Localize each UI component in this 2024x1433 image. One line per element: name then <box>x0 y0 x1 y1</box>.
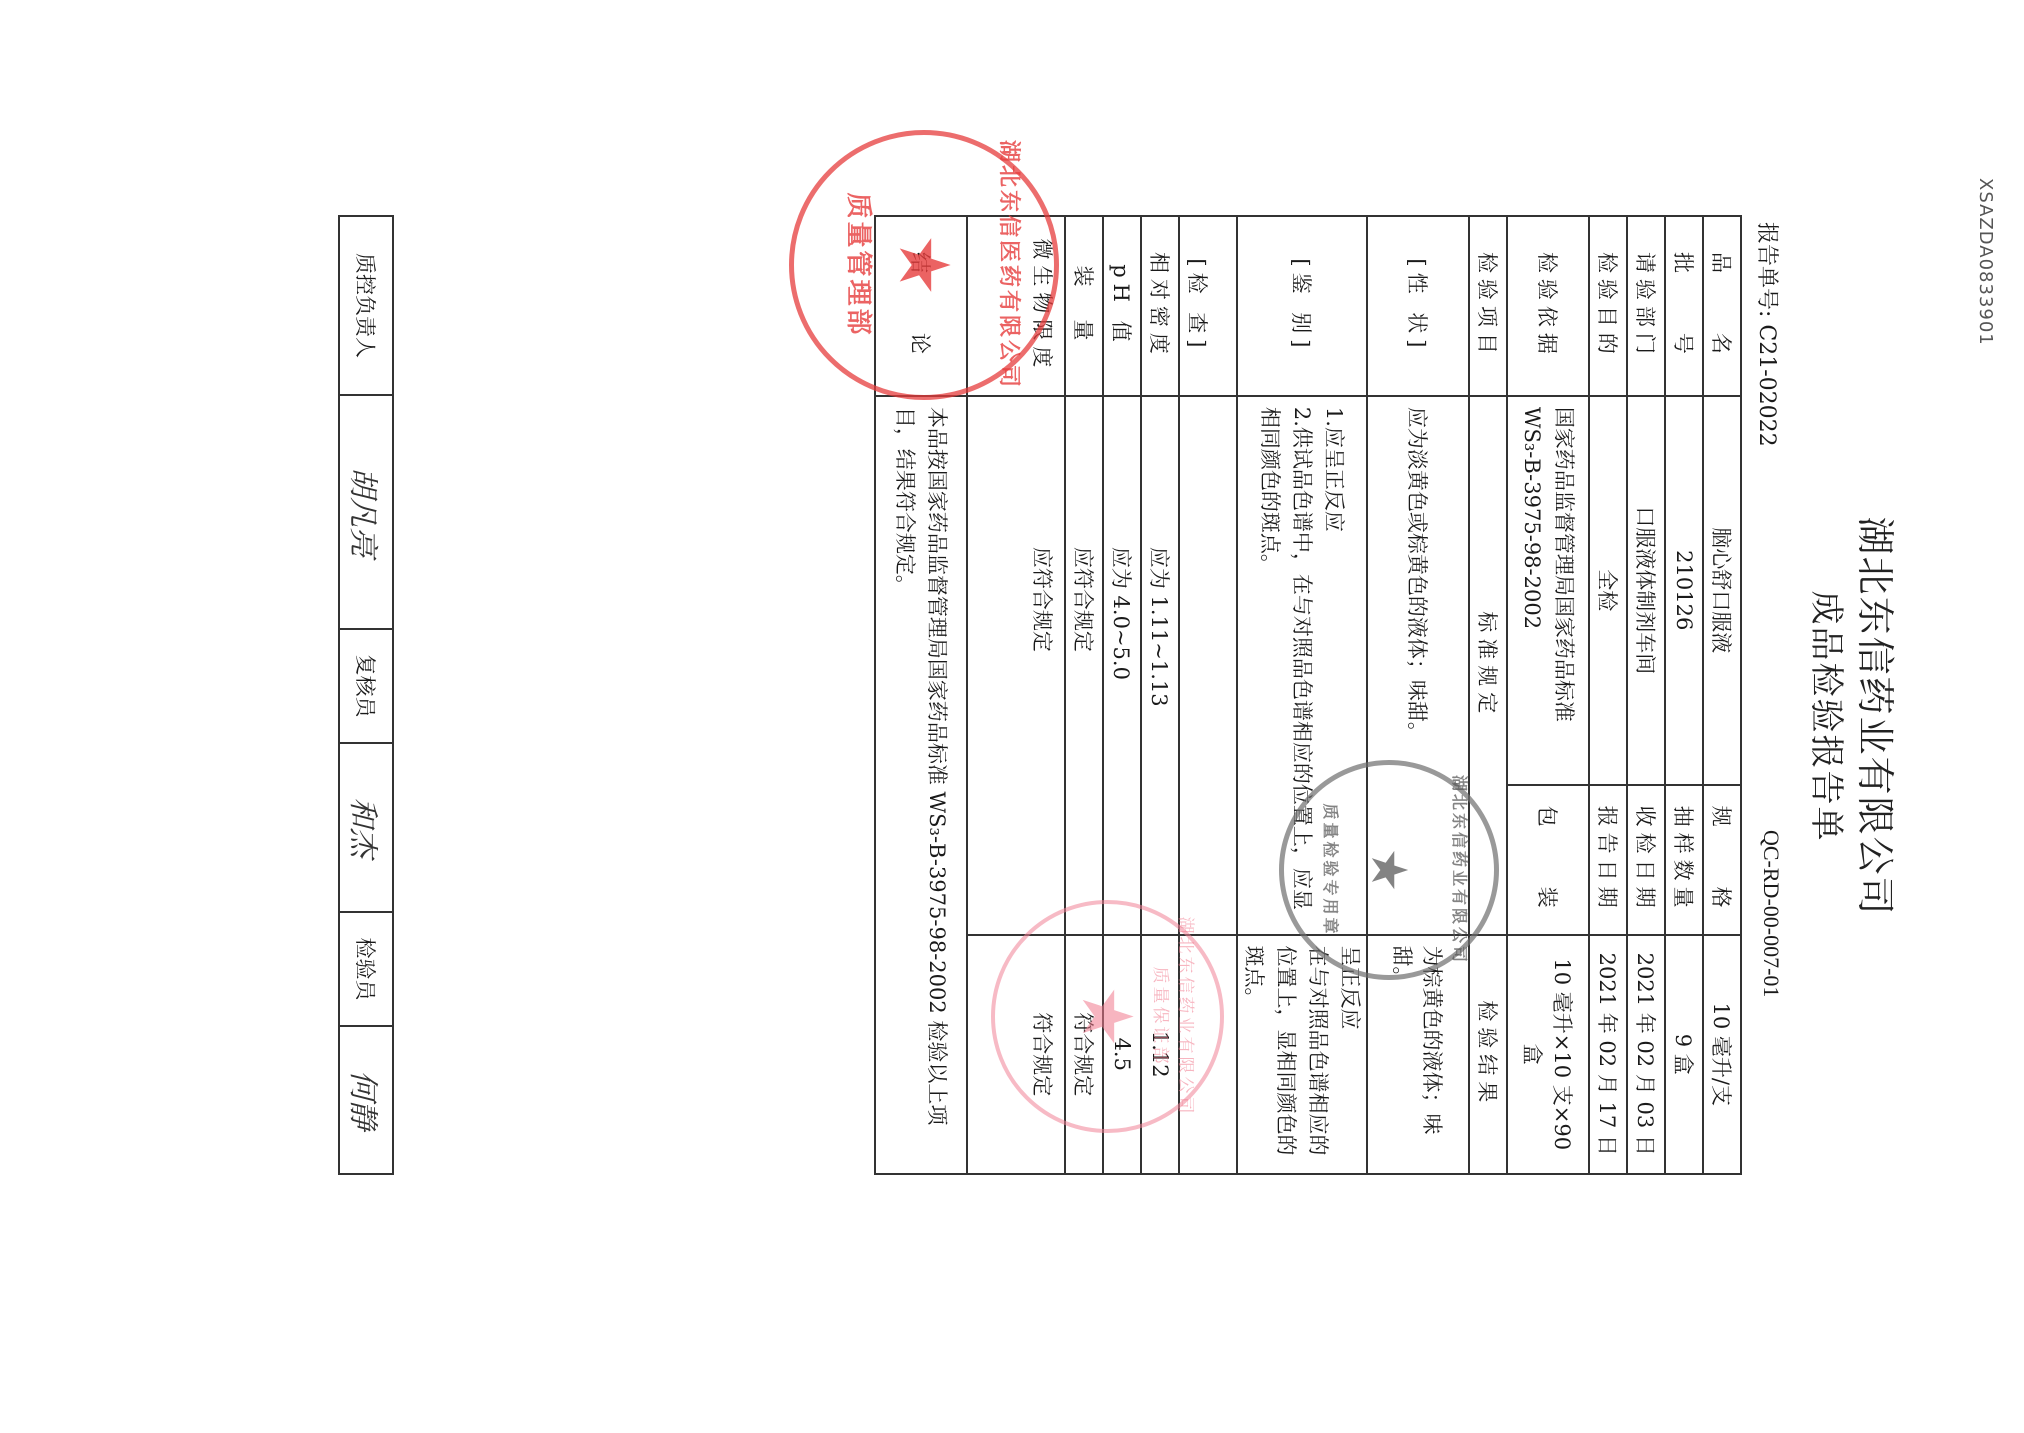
star-icon: ★ <box>889 234 959 297</box>
section-title-appearance: [性 状] <box>1367 216 1469 396</box>
quality-assurance-stamp: ★ 湖北东信药业有限公司 质量保证部 <box>991 900 1224 1133</box>
test-standard-density: 应为 1.11~1.13 <box>1141 396 1179 935</box>
result-identification-2: 在与对照品色谱相应的位置上，显相同颜色的斑点。 <box>1238 946 1334 1163</box>
label-basis: 检验依据 <box>1507 216 1589 396</box>
report-number: 报告单号: C21-02022 <box>1753 222 1784 447</box>
stamp-red-top: 湖北东信医药有限公司 <box>995 140 1026 390</box>
row-purpose: 检验目的 全检 报告日期 2021 年 02 月 17 日 <box>1589 216 1627 1174</box>
value-received-date: 2021 年 02 月 03 日 <box>1627 935 1665 1174</box>
result-identification-1: 呈正反应 <box>1334 946 1366 1163</box>
section-identification: [鉴 别] 1.应呈正反应 2.供试品色谱中，在与对照品色谱相应的位置上，应显相… <box>1237 216 1367 1174</box>
row-dept: 请验部门 口服液体制剂车间 收检日期 2021 年 02 月 03 日 <box>1627 216 1665 1174</box>
row-columns: 检验项目 标准规定 检验结果 <box>1469 216 1507 1174</box>
signature-inspector: 何静 <box>339 1026 393 1174</box>
label-qc-head: 质控负责人 <box>339 216 393 395</box>
row-basis: 检验依据 国家药品监督管理局国家药品标准 WS₃-B-3975-98-2002 … <box>1507 216 1589 1174</box>
document-title: 成品检验报告单 <box>1805 0 1854 1433</box>
col-item: 检验项目 <box>1469 216 1507 396</box>
stamp-red-bottom: 质量管理部 <box>842 192 879 337</box>
quality-management-stamp: ★ 湖北东信医药有限公司 质量管理部 <box>789 130 1059 400</box>
label-received-date: 收检日期 <box>1627 785 1665 935</box>
value-purpose: 全检 <box>1589 396 1627 785</box>
label-batch: 批 号 <box>1665 216 1703 396</box>
company-name: 湖北东信药业有限公司 <box>1851 0 1906 1433</box>
test-item-density: 相对密度 <box>1141 216 1179 396</box>
label-dept: 请验部门 <box>1627 216 1665 396</box>
value-basis: 国家药品监督管理局国家药品标准 WS₃-B-3975-98-2002 <box>1507 396 1589 785</box>
scan-id: XSAZDA0833901 <box>1975 178 1996 346</box>
signature-reviewer: 和杰 <box>339 743 393 912</box>
section-title-tests: [检 查] <box>1179 216 1237 396</box>
test-standard-fill: 应符合规定 <box>1065 396 1103 935</box>
star-icon: ★ <box>1364 848 1414 893</box>
value-sample-qty: 9 盒 <box>1665 935 1703 1174</box>
stamp-grey-top: 湖北东信药业有限公司 <box>1449 775 1472 965</box>
label-sample-qty: 抽样数量 <box>1665 785 1703 935</box>
row-product-name: 品 名 脑心舒口服液 规 格 10 毫升/支 <box>1703 216 1741 1174</box>
value-product-name: 脑心舒口服液 <box>1703 396 1741 785</box>
report-number-value: C21-02022 <box>1754 324 1779 446</box>
star-icon: ★ <box>1073 985 1143 1048</box>
value-batch: 210126 <box>1665 396 1703 785</box>
label-packaging: 包 装 <box>1507 785 1589 935</box>
row-batch: 批 号 210126 抽样数量 9 盒 <box>1665 216 1703 1174</box>
label-purpose: 检验目的 <box>1589 216 1627 396</box>
form-code: QC-RD-00-007-01 <box>1758 830 1784 997</box>
report-page: XSAZDA0833901 湖北东信药业有限公司 成品检验报告单 报告单号: C… <box>0 0 2024 1433</box>
stamp-grey-bottom: 质量检验专用章 <box>1320 803 1343 936</box>
label-spec: 规 格 <box>1703 785 1741 935</box>
report-number-label: 报告单号: <box>1754 222 1779 317</box>
signature-qc-head: 胡凡亮 <box>339 395 393 629</box>
value-packaging: 10 毫升×10 支×90 盒 <box>1507 935 1589 1174</box>
value-dept: 口服液体制剂车间 <box>1627 396 1665 785</box>
test-standard-microbial: 应符合规定 <box>967 396 1065 935</box>
inspection-seal-stamp: ★ 湖北东信药业有限公司 质量检验专用章 <box>1279 760 1499 980</box>
section-title-identification: [鉴 别] <box>1237 216 1367 396</box>
section-appearance: [性 状] 应为淡黄色或棕黄色的液体；味甜。 为棕黄色的液体；味甜。 <box>1367 216 1469 1174</box>
test-standard-ph: 应为 4.0~5.0 <box>1103 396 1141 935</box>
test-item-ph: pH 值 <box>1103 216 1141 396</box>
test-item-fill: 装 量 <box>1065 216 1103 396</box>
label-report-date: 报告日期 <box>1589 785 1627 935</box>
value-spec: 10 毫升/支 <box>1703 935 1741 1174</box>
value-report-date: 2021 年 02 月 17 日 <box>1589 935 1627 1174</box>
col-result: 检验结果 <box>1469 935 1507 1174</box>
signature-table: 质控负责人 胡凡亮 复核员 和杰 检验员 何静 <box>338 215 394 1175</box>
label-product-name: 品 名 <box>1703 216 1741 396</box>
label-reviewer: 复核员 <box>339 629 393 743</box>
stamp-pink-text: 湖北东信药业有限公司 质量保证部 <box>1150 904 1200 1129</box>
conclusion-text: 本品按国家药品监督管理局国家药品标准 WS₃-B-3975-98-2002 检验… <box>875 396 967 1174</box>
label-inspector: 检验员 <box>339 912 393 1026</box>
